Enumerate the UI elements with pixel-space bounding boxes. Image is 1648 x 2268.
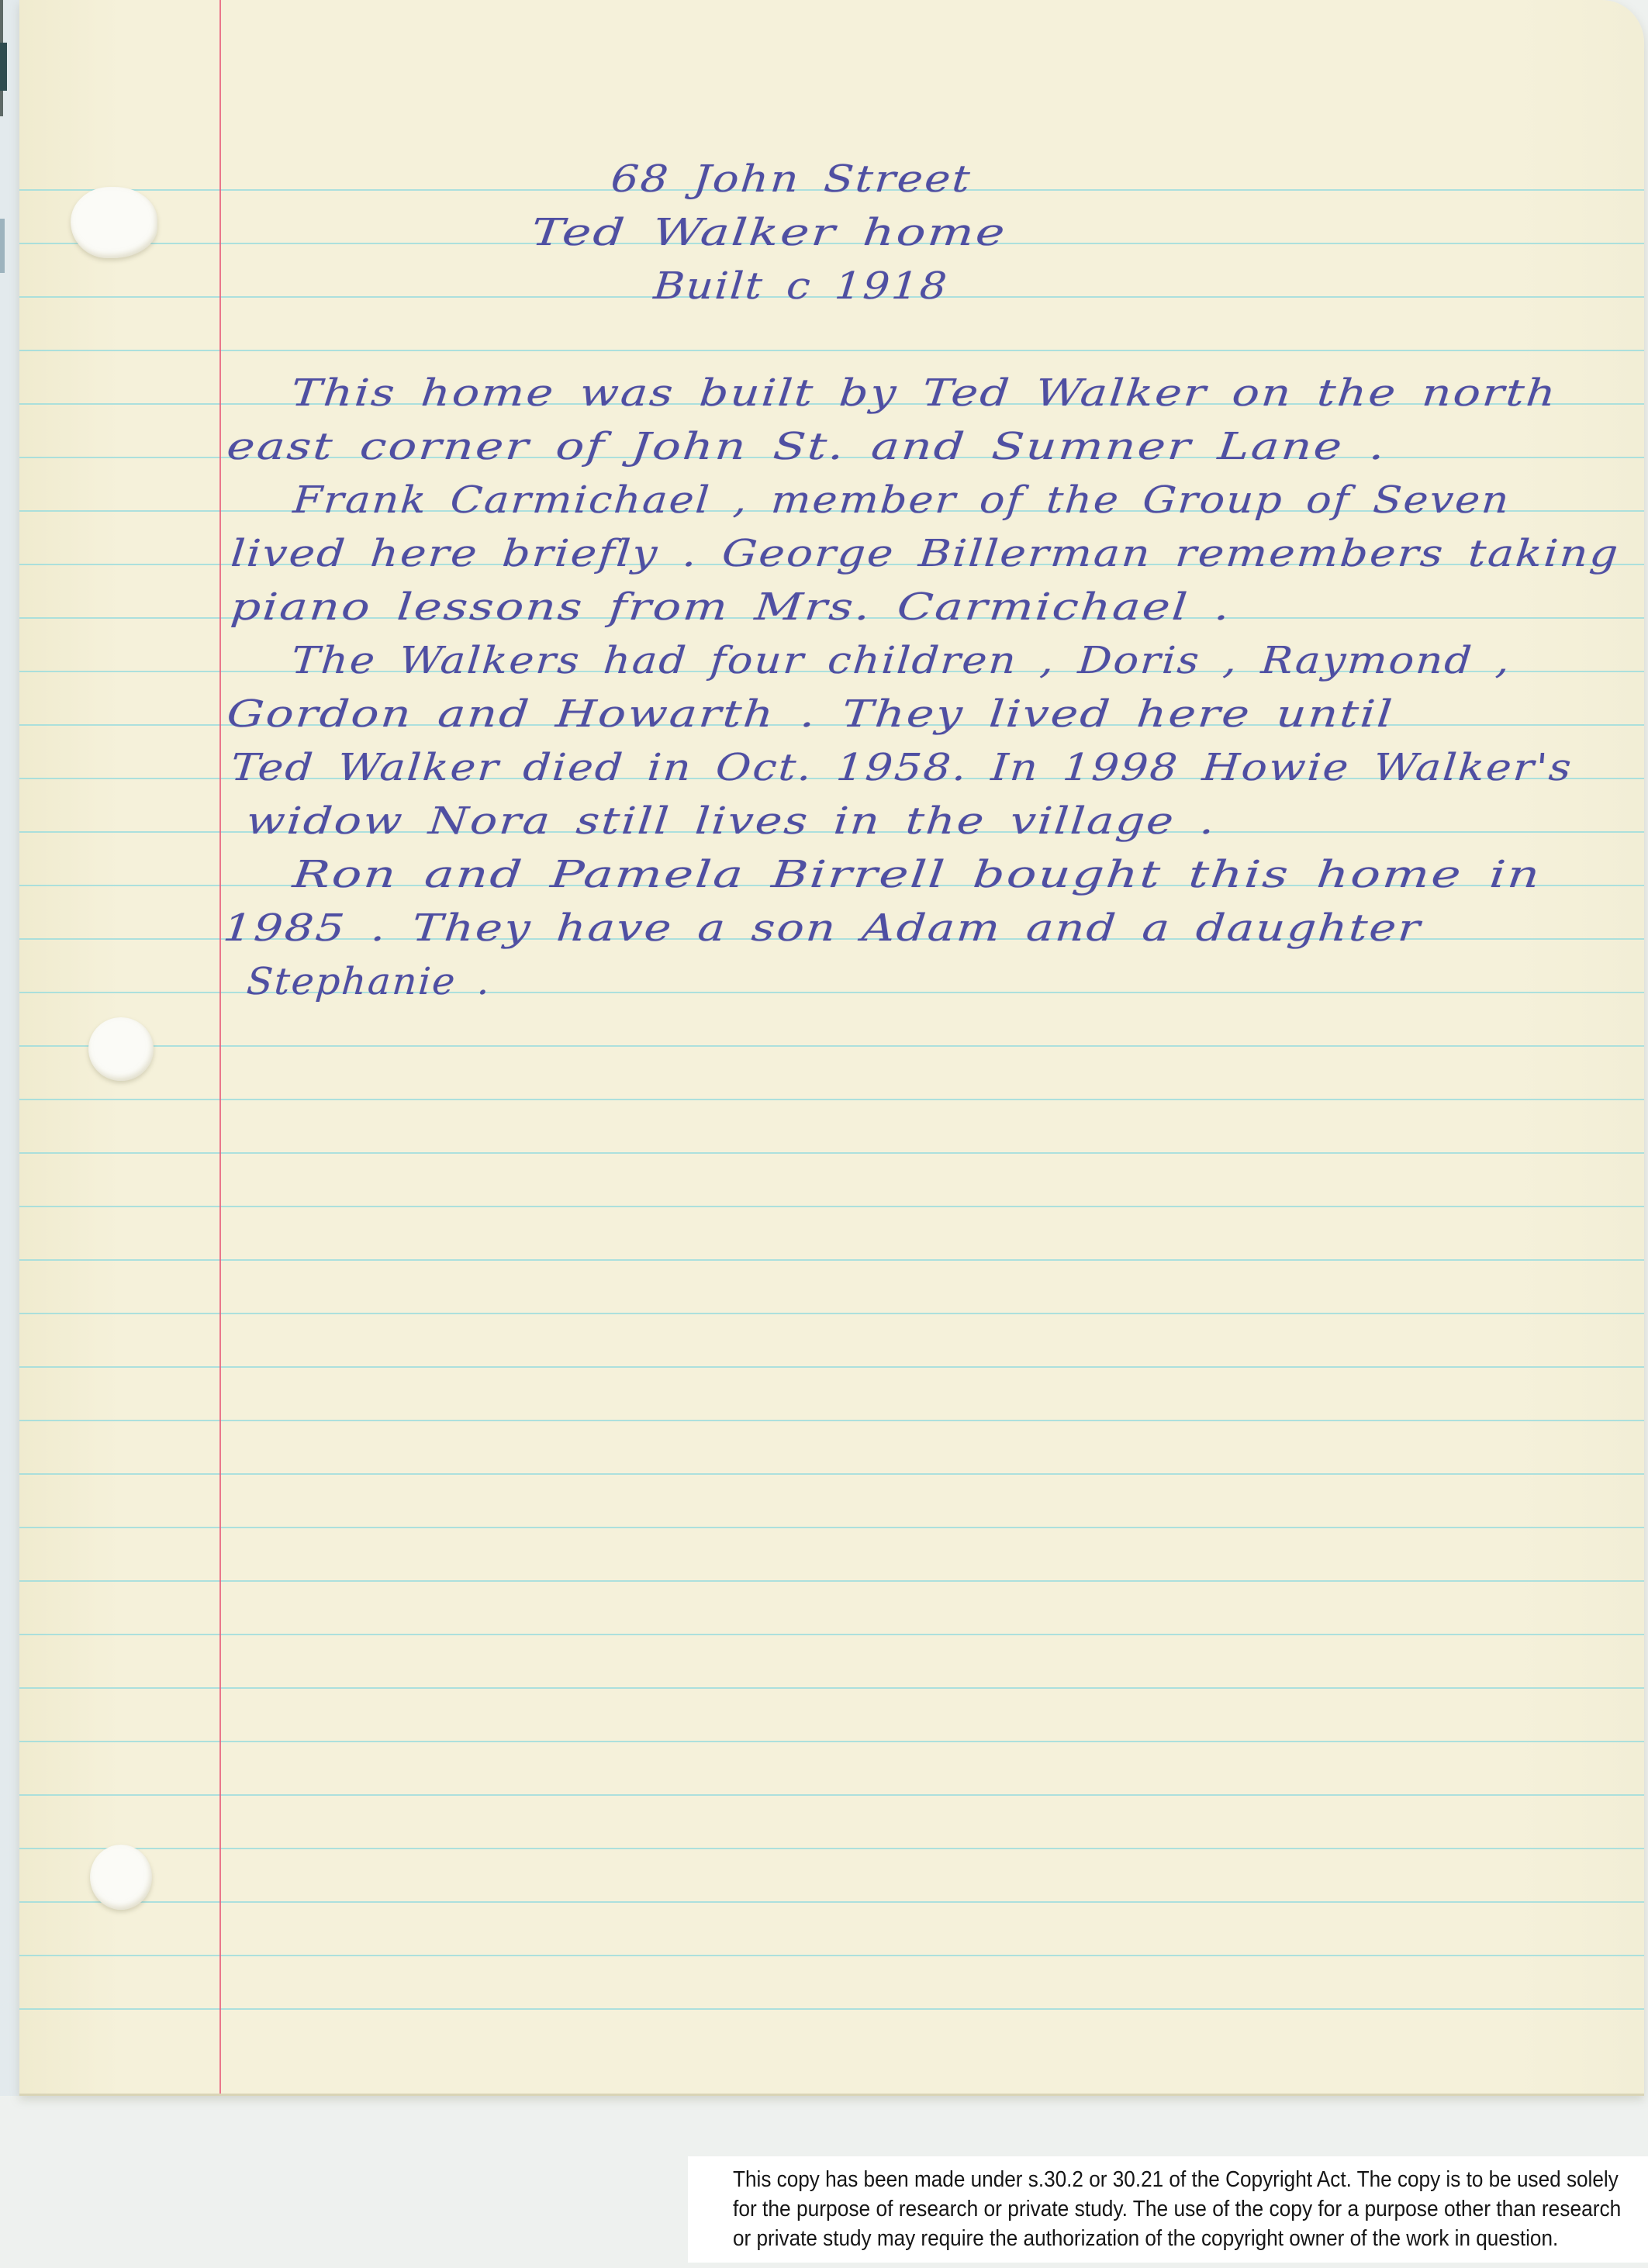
handwritten-text-line: The Walkers had four children , Doris , … [290, 640, 1512, 681]
ruled-line [19, 1955, 1644, 1956]
ruled-line [19, 1259, 1644, 1261]
ruled-line [19, 1313, 1644, 1314]
ruled-line [19, 2008, 1644, 2010]
scan-artifact [0, 43, 7, 91]
handwritten-text-line: Ron and Pamela Birrell bought this home … [291, 854, 1543, 895]
handwritten-text-line: Ted Walker died in Oct. 1958. In 1998 Ho… [230, 747, 1574, 788]
handwritten-heading-line: Ted Walker home [530, 212, 1008, 253]
copyright-stamp-line: This copy has been made under s.30.2 or … [733, 2165, 1619, 2194]
ruled-line [19, 1420, 1644, 1421]
ruled-line [19, 1901, 1644, 1903]
handwritten-text-line: Stephanie . [245, 961, 492, 1002]
ruled-line [19, 1741, 1644, 1742]
handwritten-text-line: Gordon and Howarth . They lived here unt… [225, 694, 1395, 734]
scanner-background-strip [0, 0, 19, 2096]
ruled-line [19, 1580, 1644, 1582]
handwritten-text-line: piano lessons from Mrs. Carmichael . [229, 587, 1233, 627]
scan-artifact [0, 219, 5, 273]
margin-line [219, 0, 221, 2094]
ruled-line [19, 1473, 1644, 1475]
handwritten-heading-line: 68 John Street [610, 159, 973, 199]
ruled-line [19, 1045, 1644, 1047]
handwritten-heading-line: Built c 1918 [652, 266, 950, 306]
handwritten-text-line: widow Nora still lives in the village . [245, 801, 1218, 841]
scanned-page: 68 John StreetTed Walker homeBuilt c 191… [0, 0, 1648, 2268]
handwritten-text-line: lived here briefly . George Billerman re… [230, 533, 1622, 574]
notebook-paper: 68 John StreetTed Walker homeBuilt c 191… [19, 0, 1644, 2096]
hole-punch [88, 1017, 154, 1081]
ruled-line [19, 1848, 1644, 1849]
copyright-stamp: This copy has been made under s.30.2 or … [688, 2156, 1648, 2263]
copyright-stamp-line: for the purpose of research or private s… [733, 2194, 1621, 2224]
ruled-line [19, 1366, 1644, 1368]
hole-punch [71, 187, 157, 258]
ruled-line [19, 1099, 1644, 1100]
ruled-line [19, 1634, 1644, 1635]
handwritten-text-line: east corner of John St. and Sumner Lane … [225, 426, 1388, 467]
ruled-line [19, 1687, 1644, 1689]
copyright-stamp-line: or private study may require the authori… [733, 2224, 1558, 2253]
ruled-line [19, 1527, 1644, 1528]
ruled-line [19, 350, 1644, 351]
hole-punch [90, 1845, 152, 1910]
handwritten-text-line: 1985 . They have a son Adam and a daught… [222, 908, 1424, 948]
ruled-line [19, 1152, 1644, 1154]
handwritten-text-line: This home was built by Ted Walker on the… [290, 373, 1560, 413]
handwritten-text-line: Frank Carmichael , member of the Group o… [292, 480, 1512, 520]
ruled-line [19, 1206, 1644, 1207]
ruled-line [19, 1794, 1644, 1796]
